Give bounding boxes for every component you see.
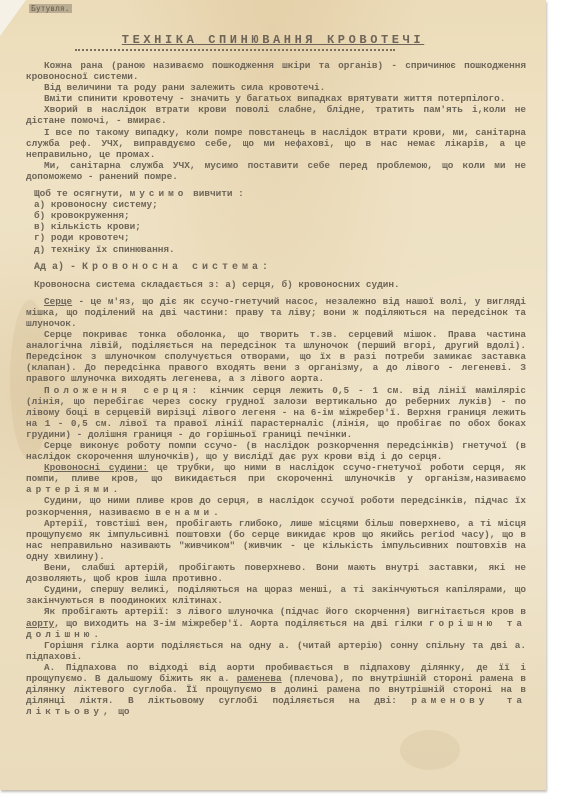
subclavian-paragraph: А. Підпахова по відході від аорти пробив… bbox=[26, 662, 526, 717]
list-item: б) кровокруження; bbox=[34, 210, 526, 221]
paragraph: Від величини та роду рани залежить сила … bbox=[26, 82, 526, 93]
list-item: г) роди кровотеч; bbox=[34, 232, 526, 243]
paragraph: Серце виконує роботу помпи ссучо- (в нас… bbox=[26, 440, 526, 462]
paragraph: Вени, слабші артерій, пробігають поверхн… bbox=[26, 562, 526, 584]
paragraph: Хворий в наслідок втрати крови поволі сл… bbox=[26, 104, 526, 126]
paper-stain bbox=[400, 730, 460, 770]
list-item: в) кількість крови; bbox=[34, 221, 526, 232]
stamp-label: Бутувля. bbox=[29, 4, 72, 13]
paragraph: Кожна рана (раною називаємо пошкодження … bbox=[26, 60, 526, 82]
veins-paragraph: Судини, що ними пливе кров до серця, в н… bbox=[26, 495, 526, 517]
document-title: ТЕХНІКА СПИНЮВАННЯ КРОВОТЕЧІ bbox=[0, 33, 546, 47]
document-body: Кожна рана (раною називаємо пошкодження … bbox=[26, 60, 526, 717]
artery-path-paragraph: Як пробігають артерії: з лівого шлуночка… bbox=[26, 606, 526, 639]
paragraph: Артерії, товстіші вен, пробігають глибок… bbox=[26, 518, 526, 562]
paragraph: Кровоносна система складається з: а) сер… bbox=[26, 279, 526, 290]
paragraph: Вміти спинити кровотечу - значить у бага… bbox=[26, 93, 526, 104]
study-intro: Щоб те осягнути, мусимо вивчити : bbox=[26, 188, 526, 199]
study-list: а) кровоносну систему; б) кровокруження;… bbox=[34, 199, 526, 254]
paragraph: Судини, спершу великі, поділяються на що… bbox=[26, 584, 526, 606]
document-page: Бутувля. ТЕХНІКА СПИНЮВАННЯ КРОВОТЕЧІ Ко… bbox=[0, 0, 546, 790]
paragraph: Горішня гілка аорти поділяється на одну … bbox=[26, 640, 526, 662]
paragraph: Серце покриває тонка оболонка, що творит… bbox=[26, 329, 526, 384]
list-item: а) кровоносну систему; bbox=[34, 199, 526, 210]
heart-paragraph: Серце - це м'яз, що діє як ссучо-гнетучи… bbox=[26, 296, 526, 329]
paragraph: І все по такому випадку, коли помре повс… bbox=[26, 127, 526, 160]
section-heading: Ад а) - Кровоносна система: bbox=[34, 262, 526, 273]
list-item: д) техніку їх спинювання. bbox=[34, 244, 526, 255]
heart-position-paragraph: Положення серця: кінчик серця лежить 0,5… bbox=[26, 385, 526, 440]
paragraph: Ми, санітарна служба УЧХ, мусимо постави… bbox=[26, 160, 526, 182]
title-dotted-underline bbox=[75, 49, 395, 51]
folded-corner bbox=[0, 0, 26, 36]
vessels-paragraph: Кровоносні судини: це трубки, що ними в … bbox=[26, 462, 526, 495]
